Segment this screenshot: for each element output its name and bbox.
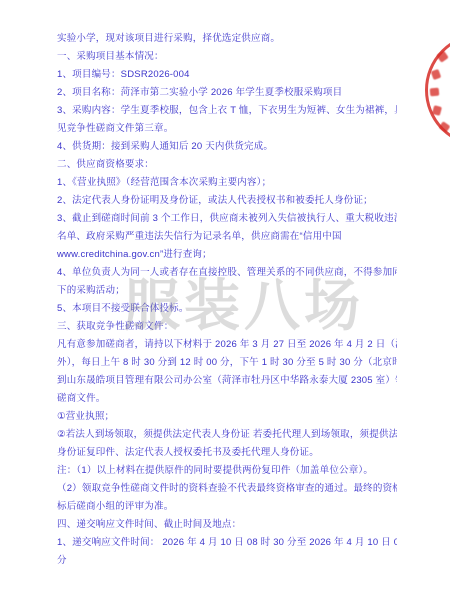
red-seal-stamp-icon	[425, 33, 450, 147]
credit-china-url-line: www.creditchina.gov.cn”进行查询；	[57, 246, 397, 264]
document-line: 5、本项目不接受联合体投标。	[57, 300, 397, 318]
document-line: 分	[57, 552, 397, 570]
document-line: 实验小学，现对该项目进行采购，择优选定供应商。	[57, 30, 397, 48]
document-line: 3、采购内容：学生夏季校服，包含上衣 T 恤，下衣男生为短裤、女生为裙裤，具体要…	[57, 102, 397, 120]
seal-mark	[439, 121, 450, 133]
document-line: 标后磋商小组的评审为准。	[57, 498, 397, 516]
document-line: 3、截止到磋商时间前 3 个工作日，供应商未被列入失信被执行人、重大税收违法失信…	[57, 210, 397, 228]
document-line: 磋商文件。	[57, 390, 397, 408]
document-line: 1、《营业执照》（经营范围含本次采购主要内容）；	[57, 174, 397, 192]
document-line: 凡有意参加磋商者，请持以下材料于 2026 年 3 月 27 日至 2026 年…	[57, 336, 397, 354]
document-line: 二、供应商资格要求：	[57, 156, 397, 174]
document-line: 到山东晟皓项目管理有限公司办公室（菏泽市牡丹区中华路永泰大厦 2305 室）领取…	[57, 372, 397, 390]
document-line: 身份证复印件、法定代表人授权委托书及委托代理人身份证。	[57, 444, 397, 462]
document-line: 2、项目名称：菏泽市第二实验小学 2026 年学生夏季校服采购项目	[57, 84, 397, 102]
seal-mark	[430, 88, 440, 97]
document-line: ②若法人到场领取，须提供法定代表人身份证 若委托代理人到场领取，须提供法定代表人	[57, 426, 397, 444]
document-line: 四、递交响应文件时间、截止时间及地点：	[57, 516, 397, 534]
document-line: （2）领取竞争性磋商文件时的资料查验不代表最终资格审查的通过。最终的资格审查以开	[57, 480, 397, 498]
document-line: 1、递交响应文件时间： 2026 年 4 月 10 日 08 时 30 分至 2…	[57, 534, 397, 552]
document-line: 名单、政府采购严重违法失信行为记录名单，供应商需在“信用中国	[57, 228, 397, 246]
document-line: 注：（1）以上材料在提供原件的同时要提供两份复印件（加盖单位公章）。	[57, 462, 397, 480]
document-body: 实验小学，现对该项目进行采购，择优选定供应商。 一、采购项目基本情况： 1、项目…	[57, 30, 397, 570]
document-page: 实验小学，现对该项目进行采购，择优选定供应商。 一、采购项目基本情况： 1、项目…	[0, 0, 450, 600]
seal-mark	[431, 69, 442, 80]
document-line: 见竞争性磋商文件第三章。	[57, 120, 397, 138]
seal-mark	[436, 50, 449, 63]
document-line: 2、法定代表人身份证明及身份证，或法人代表授权书和被委托人身份证；	[57, 192, 397, 210]
document-line: 下的采购活动；	[57, 282, 397, 300]
document-line: 4、单位负责人为同一人或者存在直接控股、管理关系的不同供应商，不得参加同一合同项	[57, 264, 397, 282]
document-line: 三、获取竞争性磋商文件：	[57, 318, 397, 336]
document-line: 外），每日上午 8 时 30 分到 12 时 00 分，下午 1 时 30 分至…	[57, 354, 397, 372]
document-line: 4、供货期：接到采购人通知后 20 天内供货完成。	[57, 138, 397, 156]
document-line: ①营业执照；	[57, 408, 397, 426]
document-line: 一、采购项目基本情况：	[57, 48, 397, 66]
document-line: 1、项目编号：SDSR2026-004	[57, 66, 397, 84]
seal-mark	[432, 105, 442, 116]
